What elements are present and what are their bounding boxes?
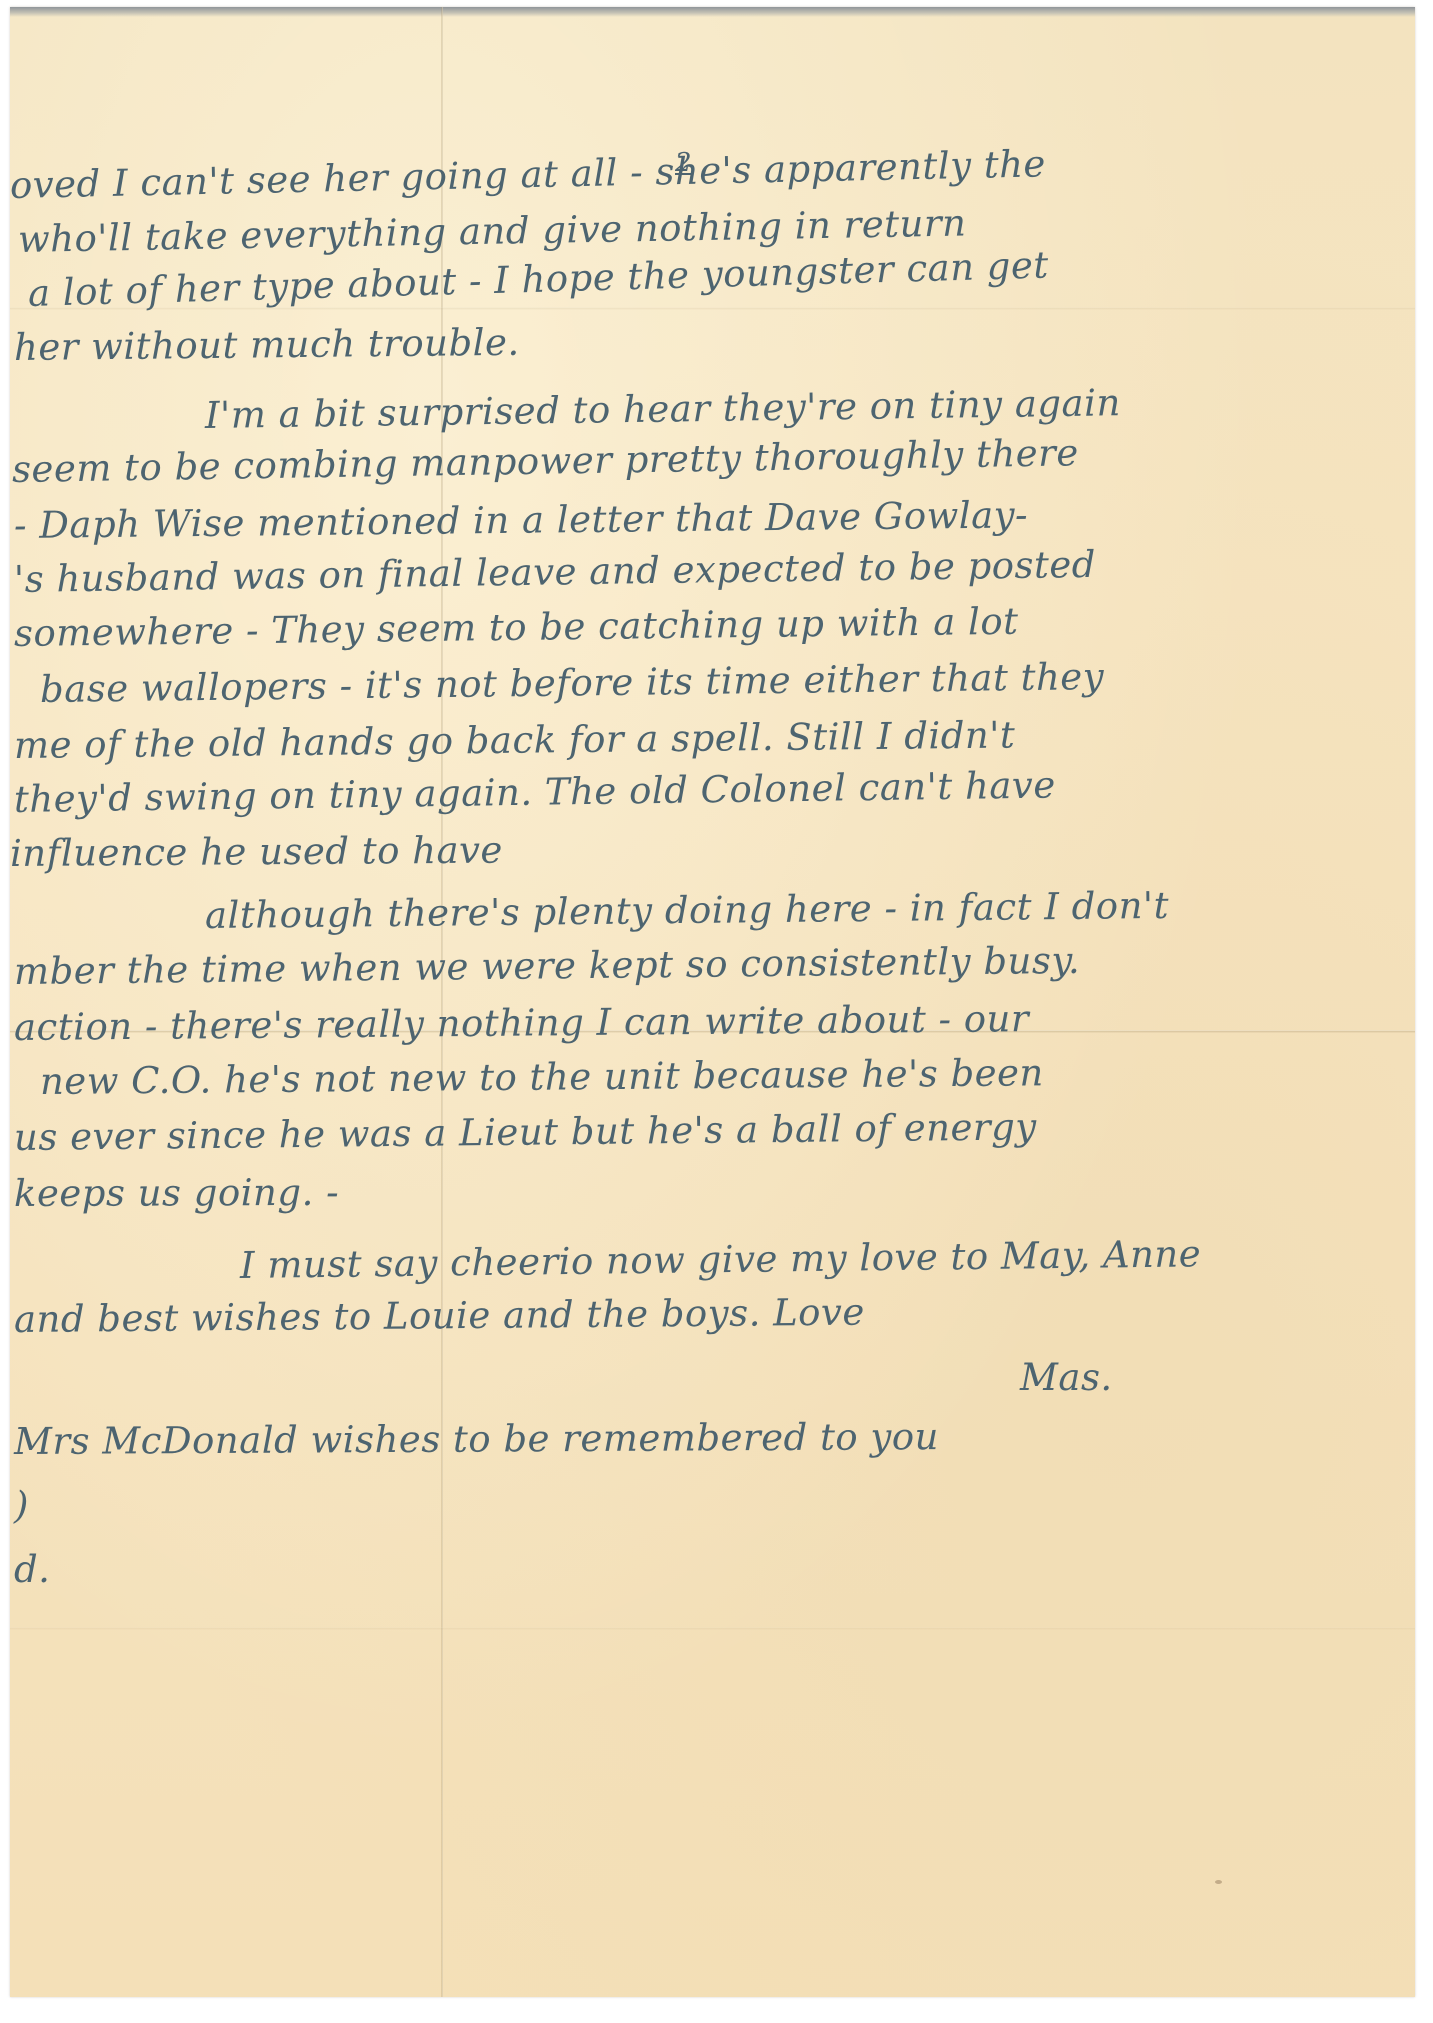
letter-line: ) bbox=[14, 1482, 29, 1530]
letter-line: influence he used to have bbox=[10, 827, 503, 878]
paper-top-edge bbox=[10, 7, 1415, 17]
horizontal-fold-line-faint bbox=[10, 1627, 1415, 1630]
letter-line: action - there's really nothing I can wr… bbox=[14, 995, 1029, 1052]
letter-line: her without much trouble. bbox=[14, 319, 520, 372]
paper-stain bbox=[1215, 1880, 1222, 1884]
letter-line: Mas. bbox=[1020, 1354, 1113, 1402]
letter-line: although there's plenty doing here - in … bbox=[205, 882, 1169, 940]
letter-line: new C.O. he's not new to the unit becaus… bbox=[40, 1049, 1044, 1106]
letter-line: Mrs McDonald wishes to be remembered to … bbox=[14, 1413, 939, 1466]
letter-line: keeps us going. - bbox=[14, 1169, 339, 1218]
letter-line: and best wishes to Louie and the boys. L… bbox=[14, 1289, 865, 1344]
letter-line: d. bbox=[14, 1546, 50, 1594]
